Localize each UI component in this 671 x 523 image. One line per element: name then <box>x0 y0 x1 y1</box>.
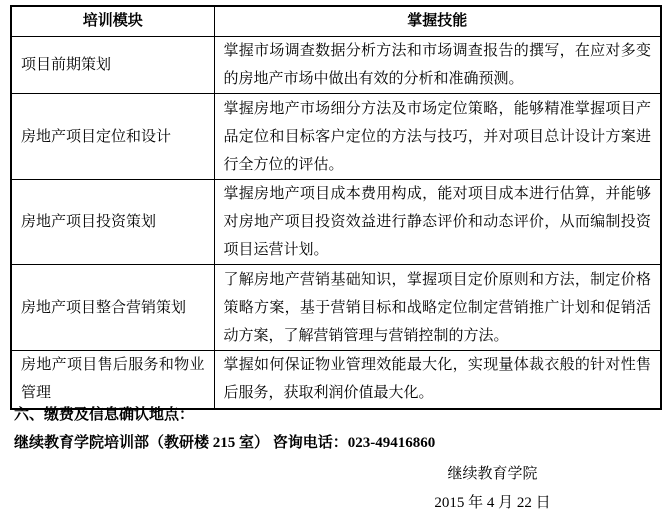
skills-cell: 了解房地产营销基础知识，掌握项目定价原则和方法，制定价格策略方案，基于营销目标和… <box>214 265 661 351</box>
table-row: 项目前期策划 掌握市场调查数据分析方法和市场调查报告的撰写，在应对多变的房地产市… <box>11 37 661 94</box>
date-line: 2015 年 4 月 22 日 <box>400 493 585 513</box>
table-row: 房地产项目售后服务和物业管理 掌握如何保证物业管理效能最大化，实现量体裁衣般的针… <box>11 351 661 409</box>
skills-cell: 掌握房地产项目成本费用构成，能对项目成本进行估算，并能够对房地产项目投资效益进行… <box>214 180 661 265</box>
header-module: 培训模块 <box>11 6 214 37</box>
module-cell: 房地产项目整合营销策划 <box>11 265 214 351</box>
payment-location-line: 继续教育学院培训部（教研楼 215 室） 咨询电话：023-49416860 <box>14 432 435 454</box>
table-row: 房地产项目定位和设计 掌握房地产市场细分方法及市场定位策略，能够精准掌握项目产品… <box>11 94 661 180</box>
payment-section-heading: 六、缴费及信息确认地点： <box>14 405 194 425</box>
skills-cell: 掌握如何保证物业管理效能最大化，实现量体裁衣般的针对性售后服务，获取利润价值最大… <box>214 351 661 409</box>
training-modules-table: 培训模块 掌握技能 项目前期策划 掌握市场调查数据分析方法和市场调查报告的撰写，… <box>10 5 662 410</box>
header-skills: 掌握技能 <box>214 6 661 37</box>
module-cell: 项目前期策划 <box>11 37 214 94</box>
module-cell: 房地产项目投资策划 <box>11 180 214 265</box>
skills-cell: 掌握房地产市场细分方法及市场定位策略，能够精准掌握项目产品定位和目标客户定位的方… <box>214 94 661 180</box>
module-cell: 房地产项目售后服务和物业管理 <box>11 351 214 409</box>
skills-cell: 掌握市场调查数据分析方法和市场调查报告的撰写，在应对多变的房地产市场中做出有效的… <box>214 37 661 94</box>
table-header-row: 培训模块 掌握技能 <box>11 6 661 37</box>
signature-line: 继续教育学院 <box>410 464 575 484</box>
table-row: 房地产项目投资策划 掌握房地产项目成本费用构成，能对项目成本进行估算，并能够对房… <box>11 180 661 265</box>
module-cell: 房地产项目定位和设计 <box>11 94 214 180</box>
document-page: 培训模块 掌握技能 项目前期策划 掌握市场调查数据分析方法和市场调查报告的撰写，… <box>0 0 671 523</box>
table-row: 房地产项目整合营销策划 了解房地产营销基础知识，掌握项目定价原则和方法，制定价格… <box>11 265 661 351</box>
